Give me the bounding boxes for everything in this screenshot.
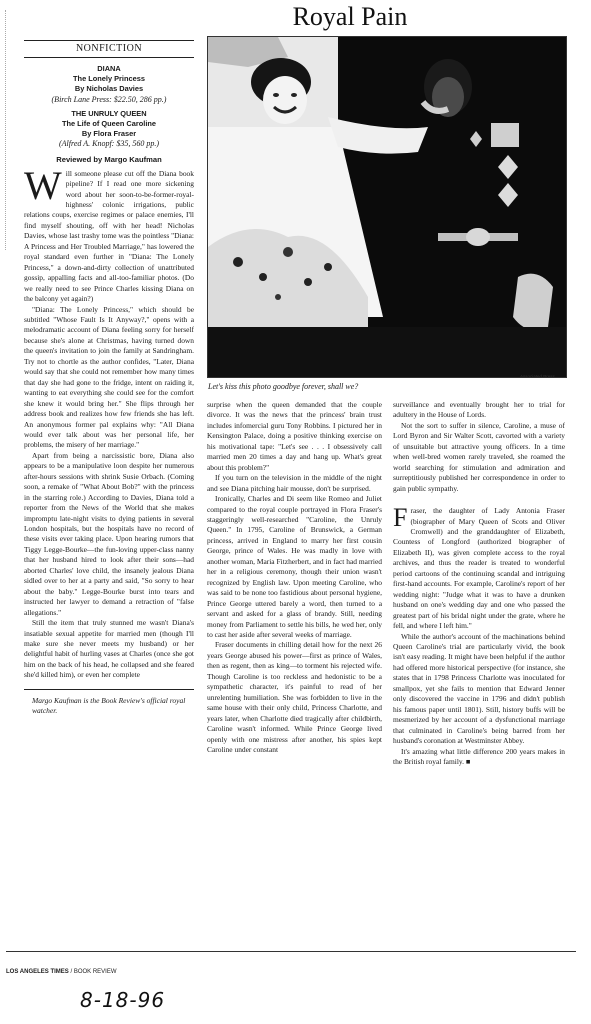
book-info-unruly-queen: THE UNRULY QUEEN The Life of Queen Carol… — [24, 109, 194, 150]
photo-credit: Associated Press — [520, 374, 555, 379]
section-rule-bottom — [24, 57, 194, 58]
book-subtitle: The Life of Queen Caroline — [24, 119, 194, 129]
book-info-diana: DIANA The Lonely Princess By Nicholas Da… — [24, 64, 194, 105]
article-body-right: surveillance and eventually brought her … — [393, 400, 565, 767]
article-paragraph: surprise when the queen demanded that th… — [207, 400, 382, 473]
article-body-left: Will someone please cut off the Diana bo… — [24, 169, 194, 681]
article-paragraph: It's amazing what little difference 200 … — [393, 747, 565, 768]
paragraph-text: raser, the daughter of Lady Antonia Fras… — [393, 506, 565, 630]
handwritten-date: 8-18-96 — [80, 988, 165, 1012]
margin-punch-marks — [5, 10, 9, 250]
section-break — [393, 494, 565, 506]
article-paragraph: Fraser, the daughter of Lady Antonia Fra… — [393, 506, 565, 631]
article-body-middle: surprise when the queen demanded that th… — [207, 400, 382, 755]
article-paragraph: Not the sort to suffer in silence, Carol… — [393, 421, 565, 494]
publication-name: LOS ANGELES TIMES — [6, 969, 69, 975]
book-publisher: (Alfred A. Knopf: $35, 560 pp.) — [24, 139, 194, 149]
section-label: NONFICTION — [24, 41, 194, 57]
article-paragraph: "Diana: The Lonely Princess," which shou… — [24, 305, 194, 451]
article-paragraph: While the author's account of the machin… — [393, 632, 565, 747]
article-paragraph: Fraser documents in chilling detail how … — [207, 640, 382, 755]
article-paragraph: Ironically, Charles and Di seem like Rom… — [207, 494, 382, 640]
book-author: By Flora Fraser — [24, 129, 194, 139]
book-author: By Nicholas Davies — [24, 84, 194, 94]
book-subtitle: The Lonely Princess — [24, 74, 194, 84]
book-title: THE UNRULY QUEEN — [24, 109, 194, 119]
section-name: BOOK REVIEW — [74, 969, 117, 975]
photo-illustration — [208, 37, 566, 377]
drop-cap: F — [393, 507, 407, 529]
publication-footer: LOS ANGELES TIMES / BOOK REVIEW — [6, 969, 117, 975]
bio-divider — [24, 689, 194, 690]
article-paragraph: If you turn on the television in the mid… — [207, 473, 382, 494]
article-paragraph: surveillance and eventually brought her … — [393, 400, 565, 421]
left-column: NONFICTION DIANA The Lonely Princess By … — [24, 40, 194, 716]
footer-separator: / — [70, 969, 72, 975]
photo-caption: Let's kiss this photo goodbye forever, s… — [208, 382, 358, 391]
footer-rule — [6, 951, 576, 952]
article-paragraph: Will someone please cut off the Diana bo… — [24, 169, 194, 305]
page-headline: Royal Pain — [200, 0, 500, 34]
drop-cap: W — [24, 170, 62, 202]
article-paragraph: Still the item that truly stunned me was… — [24, 618, 194, 681]
wedding-photo — [207, 36, 567, 378]
book-publisher: (Birch Lane Press: $22.50, 286 pp.) — [24, 95, 194, 105]
author-bio: Margo Kaufman is the Book Review's offic… — [24, 696, 194, 716]
article-paragraph: Apart from being a narcissistic bore, Di… — [24, 451, 194, 618]
book-title: DIANA — [24, 64, 194, 74]
